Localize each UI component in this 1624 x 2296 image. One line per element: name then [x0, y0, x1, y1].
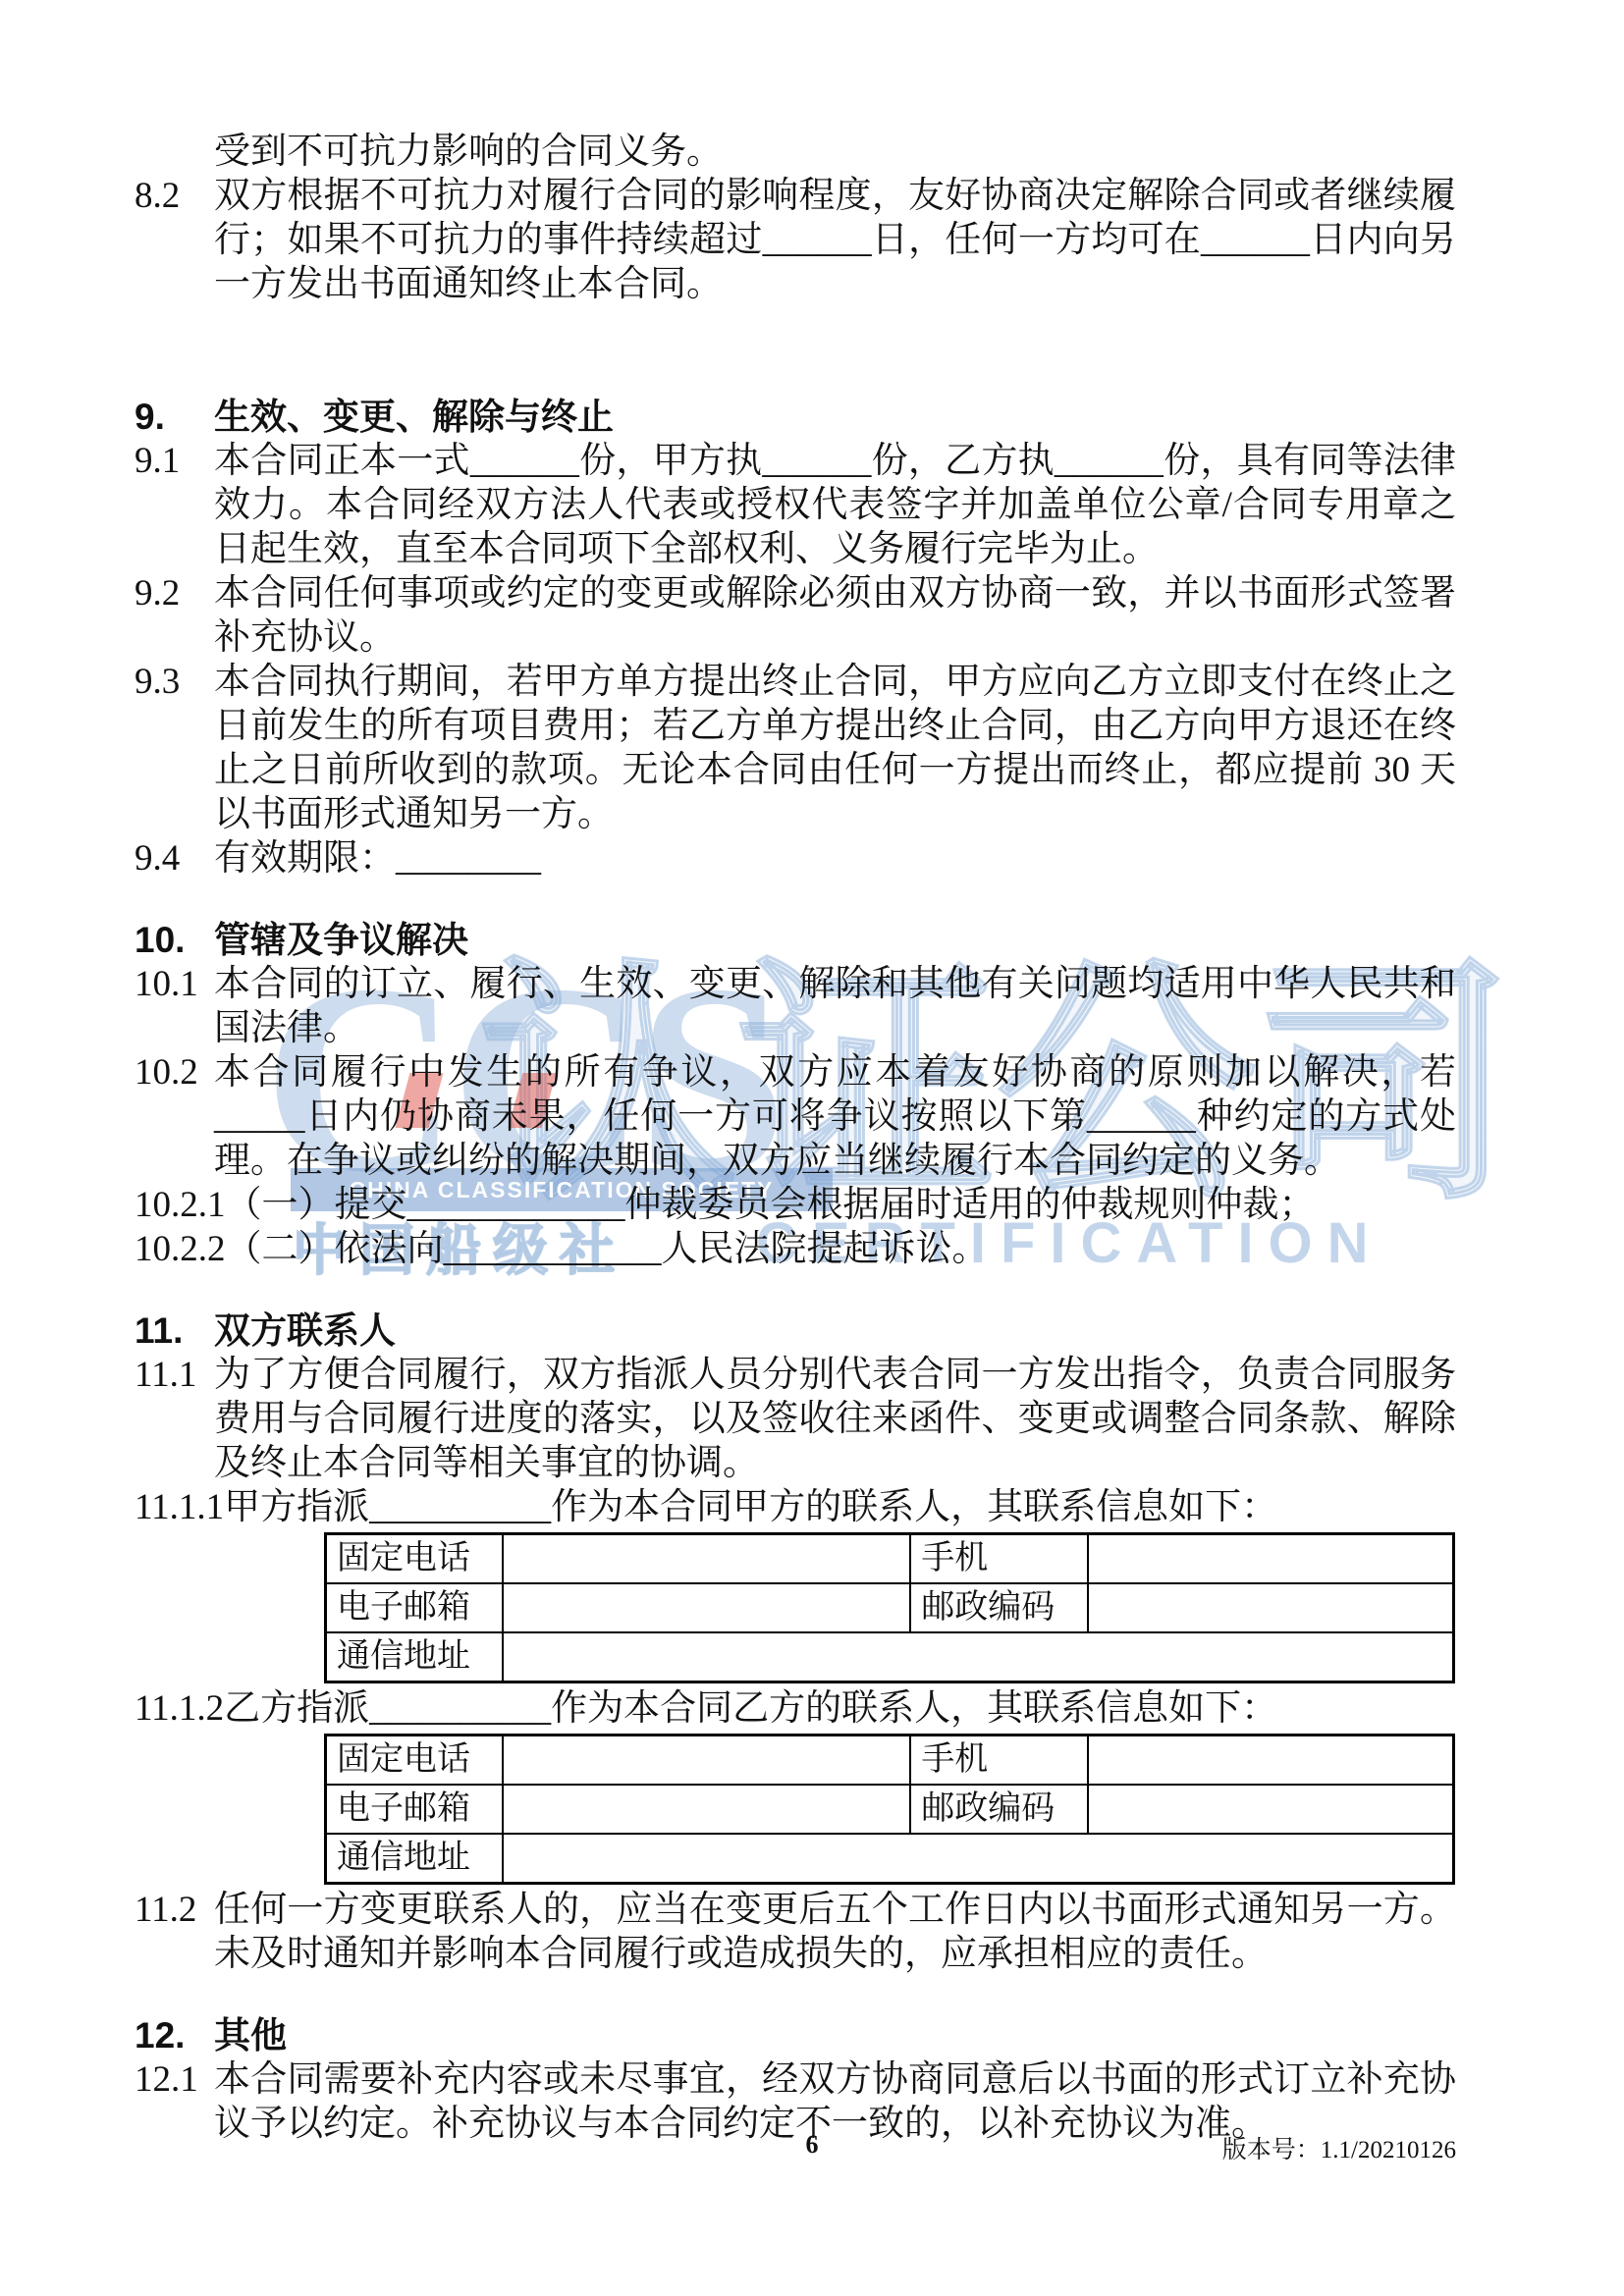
- section-11-heading: 11. 双方联系人: [135, 1308, 1456, 1353]
- clause-11-1-1: 11.1.1 甲方指派__________作为本合同甲方的联系人，其联系信息如下…: [135, 1485, 1456, 1529]
- table-cell-email-value: [503, 1583, 910, 1632]
- table-row: 电子邮箱 邮政编码: [326, 1583, 1454, 1632]
- clause-text: （一）提交____________仲裁委员会根据届时适用的仲裁规则仲裁；: [226, 1183, 1457, 1227]
- table-row: 固定电话 手机: [326, 1534, 1454, 1584]
- table-label-postcode: 邮政编码: [910, 1583, 1087, 1632]
- section-number: 11.: [135, 1308, 214, 1353]
- table-row: 电子邮箱 邮政编码: [326, 1785, 1454, 1834]
- clause-number: 10.2.1: [135, 1183, 226, 1227]
- section-gap: [135, 1271, 1456, 1308]
- clause-text: （二）依法向____________人民法院提起诉讼。: [226, 1227, 1457, 1271]
- clause-text: 本合同的订立、履行、生效、变更、解除和其他有关问题均适用中华人民共和国法律。: [214, 962, 1456, 1050]
- clause-number: 11.1.1: [135, 1485, 224, 1529]
- clause-9-2: 9.2 本合同任何事项或约定的变更或解除必须由双方协商一致，并以书面形式签署补充…: [135, 571, 1456, 660]
- section-gap: [135, 881, 1456, 918]
- section-gap: [135, 1976, 1456, 2013]
- clause-text: 受到不可抗力影响的合同义务。: [214, 130, 1456, 174]
- section-9-heading: 9. 生效、变更、解除与终止: [135, 395, 1456, 439]
- clause-number: 10.2.2: [135, 1227, 226, 1271]
- clause-9-3: 9.3 本合同执行期间，若甲方单方提出终止合同，甲方应向乙方立即支付在终止之日前…: [135, 660, 1456, 836]
- clause-number: 9.3: [135, 660, 214, 704]
- clause-text: 本合同任何事项或约定的变更或解除必须由双方协商一致，并以书面形式签署补充协议。: [214, 571, 1456, 660]
- table-cell-address-value: [503, 1834, 1453, 1884]
- table-row: 固定电话 手机: [326, 1735, 1454, 1786]
- contract-page: CCS 认证公司 CHINA CLASSIFICATION SOCIETY 中国…: [0, 0, 1624, 2296]
- table-cell-postcode-value: [1088, 1785, 1454, 1834]
- clause-number: 12.1: [135, 2057, 214, 2102]
- section-number: 9.: [135, 395, 214, 439]
- clause-11-1-2: 11.1.2 乙方指派__________作为本合同乙方的联系人，其联系信息如下…: [135, 1686, 1456, 1731]
- clause-text: 乙方指派__________作为本合同乙方的联系人，其联系信息如下：: [224, 1686, 1456, 1731]
- clause-8-1-continuation: 受到不可抗力影响的合同义务。: [135, 130, 1456, 174]
- table-cell-address-value: [503, 1632, 1453, 1682]
- section-title: 生效、变更、解除与终止: [214, 395, 1456, 439]
- section-title: 管辖及争议解决: [214, 918, 1456, 962]
- table-cell-postcode-value: [1088, 1583, 1454, 1632]
- clause-9-1: 9.1 本合同正本一式______份，甲方执______份，乙方执______份…: [135, 439, 1456, 571]
- clause-number: 9.4: [135, 836, 214, 881]
- clause-number: 9.1: [135, 439, 214, 483]
- version-value: 1.1/20210126: [1321, 2137, 1456, 2163]
- clause-text: 任何一方变更联系人的，应当在变更后五个工作日内以书面形式通知另一方。未及时通知并…: [214, 1888, 1456, 1976]
- clause-text: 为了方便合同履行，双方指派人员分别代表合同一方发出指令，负责合同服务费用与合同履…: [214, 1353, 1456, 1485]
- clause-11-1: 11.1 为了方便合同履行，双方指派人员分别代表合同一方发出指令，负责合同服务费…: [135, 1353, 1456, 1485]
- table-label-address: 通信地址: [326, 1834, 504, 1884]
- clause-text: 本合同履行中发生的所有争议，双方应本着友好协商的原则加以解决，若_____日内仍…: [214, 1050, 1456, 1183]
- clause-number: 8.2: [135, 174, 214, 218]
- table-label-email: 电子邮箱: [326, 1785, 504, 1834]
- table-label-mobile: 手机: [910, 1735, 1087, 1786]
- clause-text: 甲方指派__________作为本合同甲方的联系人，其联系信息如下：: [224, 1485, 1456, 1529]
- contact-table-party-a: 固定电话 手机 电子邮箱 邮政编码 通信地址: [324, 1532, 1455, 1683]
- table-cell-phone-value: [503, 1534, 910, 1584]
- section-12-heading: 12. 其他: [135, 2013, 1456, 2057]
- clause-11-2: 11.2 任何一方变更联系人的，应当在变更后五个工作日内以书面形式通知另一方。未…: [135, 1888, 1456, 1976]
- version-label: 版本号：: [1222, 2137, 1321, 2163]
- clause-number: 11.1: [135, 1353, 214, 1397]
- clause-10-1: 10.1 本合同的订立、履行、生效、变更、解除和其他有关问题均适用中华人民共和国…: [135, 962, 1456, 1050]
- clause-9-4: 9.4 有效期限：________: [135, 836, 1456, 881]
- clause-10-2: 10.2 本合同履行中发生的所有争议，双方应本着友好协商的原则加以解决，若___…: [135, 1050, 1456, 1183]
- table-label-mobile: 手机: [910, 1534, 1087, 1584]
- table-label-email: 电子邮箱: [326, 1583, 504, 1632]
- contract-body: 受到不可抗力影响的合同义务。 8.2 双方根据不可抗力对履行合同的影响程度，友好…: [135, 130, 1456, 2146]
- clause-number: 10.1: [135, 962, 214, 1006]
- section-title: 双方联系人: [214, 1308, 1456, 1353]
- table-label-postcode: 邮政编码: [910, 1785, 1087, 1834]
- section-10-heading: 10. 管辖及争议解决: [135, 918, 1456, 962]
- clause-text: 本合同正本一式______份，甲方执______份，乙方执______份，具有同…: [214, 439, 1456, 571]
- clause-10-2-2: 10.2.2 （二）依法向____________人民法院提起诉讼。: [135, 1227, 1456, 1271]
- section-number: 10.: [135, 918, 214, 962]
- clause-text: 有效期限：________: [214, 836, 1456, 881]
- section-title: 其他: [214, 2013, 1456, 2057]
- clause-text: 本合同执行期间，若甲方单方提出终止合同，甲方应向乙方立即支付在终止之日前发生的所…: [214, 660, 1456, 836]
- table-row: 通信地址: [326, 1834, 1454, 1884]
- table-label-phone: 固定电话: [326, 1534, 504, 1584]
- clause-number: 9.2: [135, 571, 214, 615]
- clause-number: 11.1.2: [135, 1686, 224, 1731]
- clause-number: 10.2: [135, 1050, 214, 1095]
- table-label-phone: 固定电话: [326, 1735, 504, 1786]
- clause-text: 双方根据不可抗力对履行合同的影响程度，友好协商决定解除合同或者继续履行；如果不可…: [214, 174, 1456, 306]
- table-cell-mobile-value: [1088, 1735, 1454, 1786]
- clause-number: 11.2: [135, 1888, 214, 1932]
- table-label-address: 通信地址: [326, 1632, 504, 1682]
- table-cell-phone-value: [503, 1735, 910, 1786]
- contact-table-party-b: 固定电话 手机 电子邮箱 邮政编码 通信地址: [324, 1734, 1455, 1885]
- table-cell-email-value: [503, 1785, 910, 1834]
- table-row: 通信地址: [326, 1632, 1454, 1682]
- section-number: 12.: [135, 2013, 214, 2057]
- table-cell-mobile-value: [1088, 1534, 1454, 1584]
- version-number: 版本号：1.1/20210126: [1222, 2130, 1456, 2165]
- clause-10-2-1: 10.2.1 （一）提交____________仲裁委员会根据届时适用的仲裁规则…: [135, 1183, 1456, 1227]
- section-gap: [135, 306, 1456, 395]
- clause-8-2: 8.2 双方根据不可抗力对履行合同的影响程度，友好协商决定解除合同或者继续履行；…: [135, 174, 1456, 306]
